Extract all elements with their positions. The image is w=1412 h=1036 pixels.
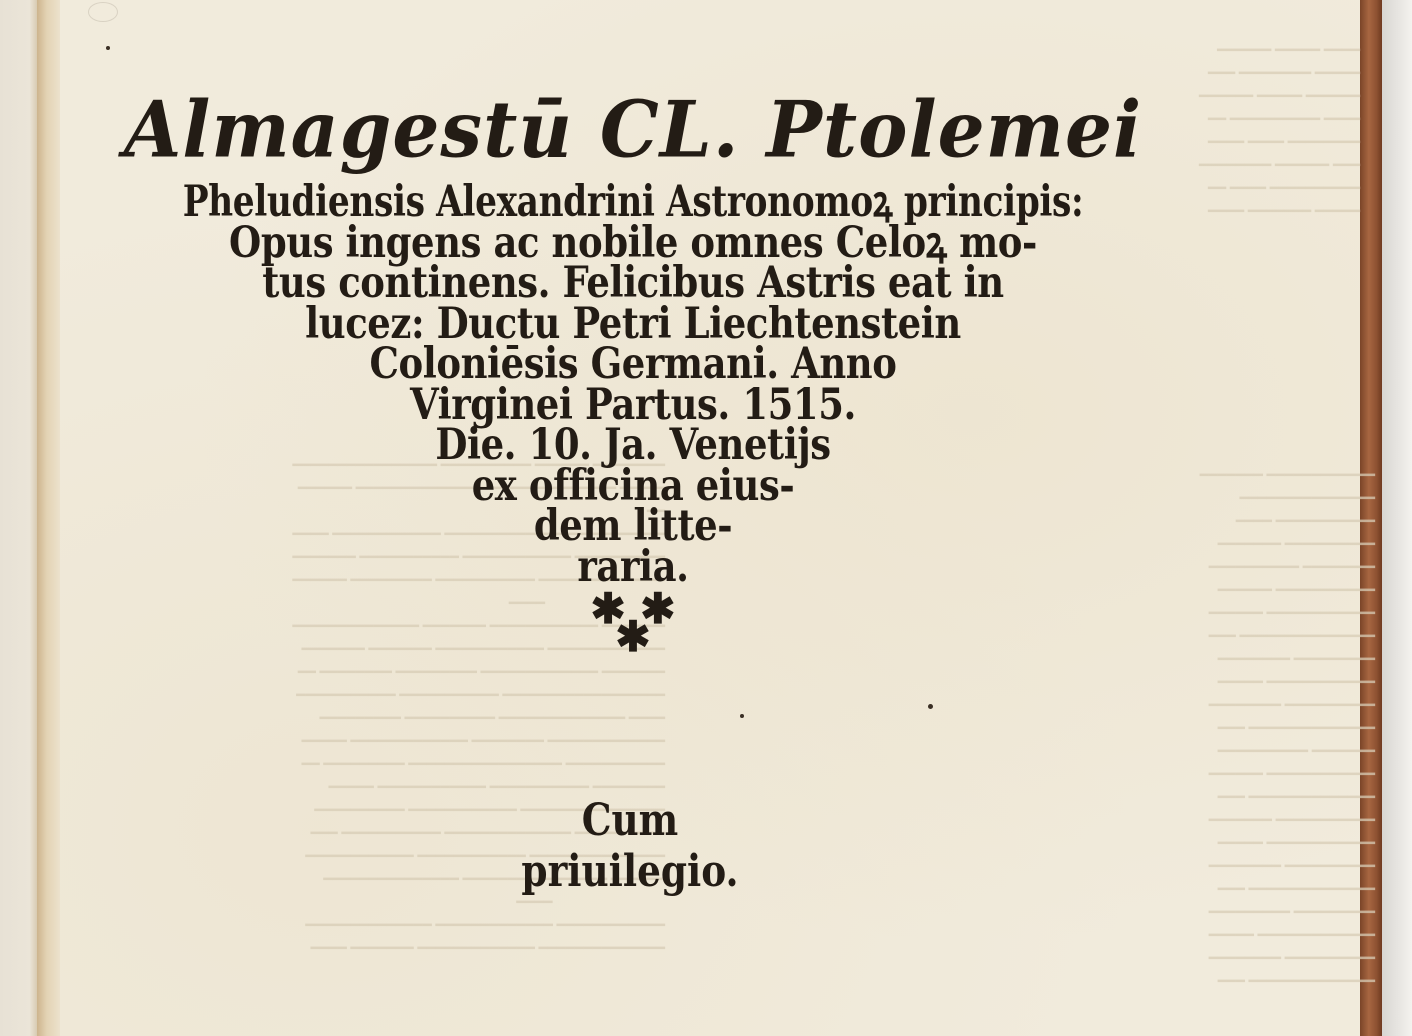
title-text-line: dem litte- — [140, 506, 1126, 547]
ink-speck — [106, 46, 110, 50]
book-title: Almagestū CL. Ptolemei — [60, 75, 1206, 184]
title-text-line: ex officina eius- — [140, 466, 1126, 507]
title-text-line: raria. — [140, 547, 1126, 588]
title-text-line: lucez: Ductu Petri Liechtenstein — [140, 304, 1126, 345]
ink-speck — [928, 704, 933, 709]
facing-page-edge — [0, 0, 37, 1036]
ink-speck — [740, 714, 744, 718]
title-text-line: Opus ingens ac nobile omnes Celoꝝ mo- — [140, 223, 1126, 264]
title-text-line: Pheludiensis Alexandrini Astronomoꝝ prin… — [175, 182, 1092, 223]
imprint-place-line: Die. 10. Ja. Venetijs — [140, 425, 1126, 466]
title-text-line: Coloniēsis Germani. Anno — [140, 344, 1126, 385]
title-text-line: tus continens. Felicibus Astris eat in — [140, 263, 1126, 304]
paper-stain — [88, 2, 118, 22]
background — [1382, 0, 1412, 1036]
title-block: Almagestū CL. Ptolemei Pheludiensis Alex… — [60, 78, 1206, 651]
asterism-ornament: ✱ ✱ ✱ — [60, 595, 1206, 651]
ornament-row: ✱ — [60, 623, 1206, 651]
privilege-notice: Cum priuilegio. — [486, 795, 775, 897]
imprint-date-line: Virginei Partus. 1515. — [140, 385, 1126, 426]
